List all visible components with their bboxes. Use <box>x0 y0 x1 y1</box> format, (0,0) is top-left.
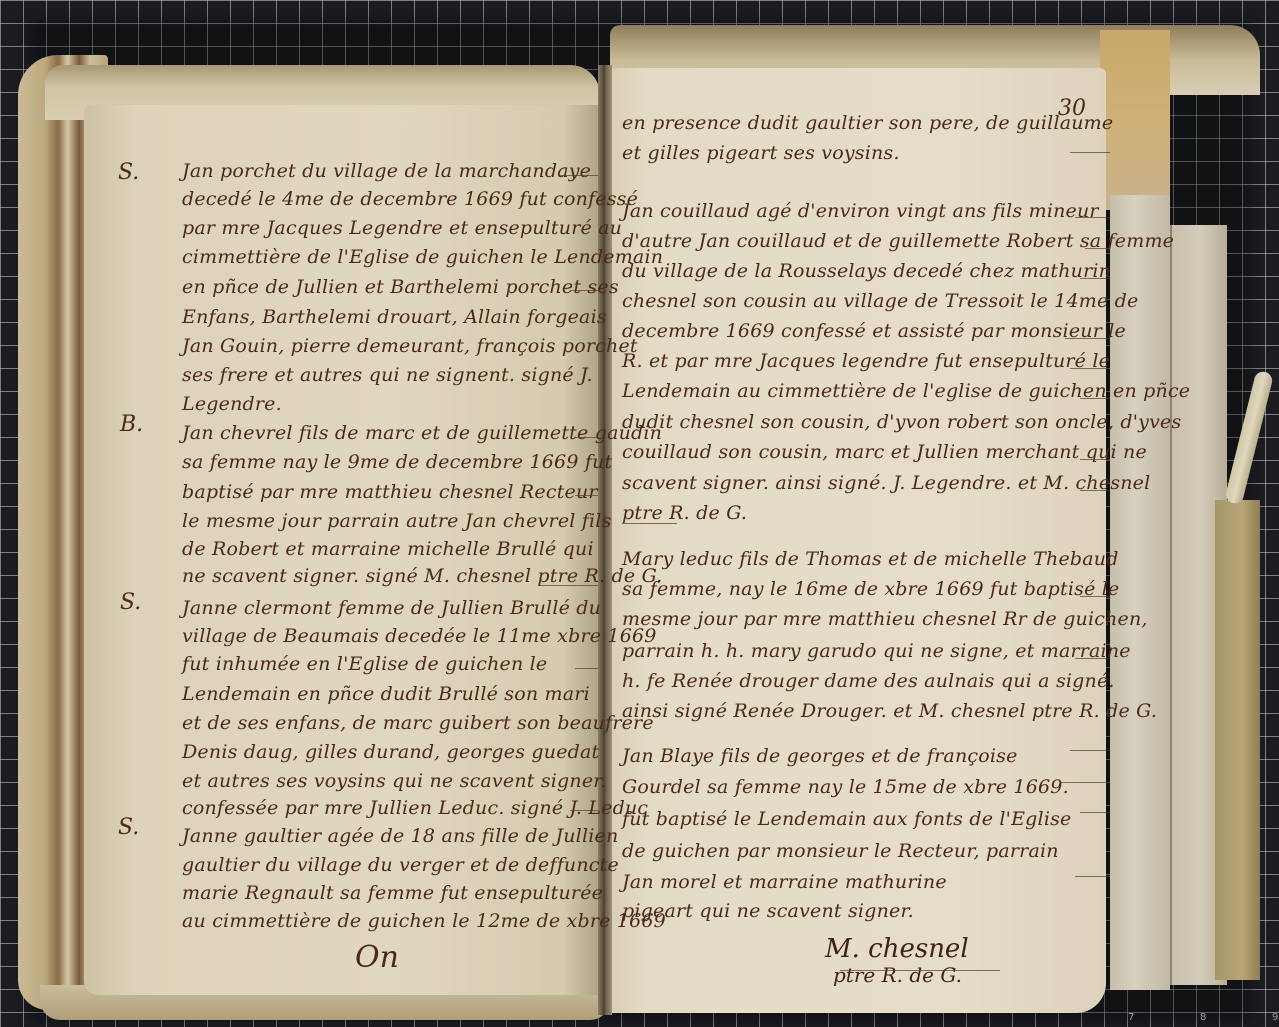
text-line: ses frere et autres qui ne signent. sign… <box>182 364 593 386</box>
line-filler-rule <box>1080 398 1110 399</box>
line-filler-rule <box>1070 750 1110 751</box>
text-line: Janne clermont femme de Jullien Brullé d… <box>182 597 601 619</box>
text-line: le mesme jour parrain autre Jan chevrel … <box>182 510 612 532</box>
line-filler-rule <box>575 495 598 496</box>
line-filler-rule <box>1075 876 1110 877</box>
margin-mark: B. <box>120 412 143 437</box>
text-line: dudit chesnel son cousin, d'yvon robert … <box>622 411 1181 433</box>
text-line: en presence dudit gaultier son pere, de … <box>622 112 1113 134</box>
text-line: mesme jour par mre matthieu chesnel Rr d… <box>622 608 1148 630</box>
text-line: Jan couillaud agé d'environ vingt ans fi… <box>622 200 1099 222</box>
text-line: et gilles pigeart ses voysins. <box>622 142 900 164</box>
signature-title: ptre R. de G. <box>833 964 969 986</box>
text-line: Lendemain en pñce dudit Brullé son mari <box>182 683 590 705</box>
line-filler-rule <box>1075 658 1110 659</box>
text-line: decedé le 4me de decembre 1669 fut confe… <box>182 188 638 210</box>
line-filler-rule <box>560 175 598 176</box>
text-line: sa femme, nay le 16me de xbre 1669 fut b… <box>622 578 1119 600</box>
text-line: marie Regnault sa femme fut ensepulturée <box>182 882 603 904</box>
line-filler-rule <box>570 290 598 291</box>
line-filler-rule <box>622 523 677 524</box>
ruler-label: 7 <box>1128 1012 1134 1023</box>
text-line: village de Beaumais decedée le 11me xbre… <box>182 625 657 647</box>
text-line: de Robert et marraine michelle Brullé qu… <box>182 538 594 560</box>
line-filler-rule <box>540 585 598 586</box>
signature-name: M. chesnel <box>825 935 969 964</box>
text-line: cimmettière de l'Eglise de guichen le Le… <box>182 246 663 268</box>
text-line: baptisé par mre matthieu chesnel Recteur <box>182 481 598 503</box>
text-line: Jan Blaye fils de georges et de françois… <box>622 745 1018 767</box>
text-line: parrain h. h. mary garudo qui ne signe, … <box>622 640 1131 662</box>
text-line: ainsi signé Renée Drouger. et M. chesnel… <box>622 700 1157 722</box>
line-filler-rule <box>1080 596 1110 597</box>
text-line: Legendre. <box>182 393 282 415</box>
line-filler-rule <box>1075 217 1110 218</box>
text-line: sa femme nay le 9me de decembre 1669 fut <box>182 451 612 473</box>
margin-mark: S. <box>118 160 139 185</box>
text-line: ne scavent signer. signé M. chesnel ptre… <box>182 565 663 587</box>
scanned-register-photo: 30 S. Jan porchet du village de la march… <box>0 0 1279 1027</box>
text-line: h. fe Renée drouger dame des aulnais qui… <box>622 670 1115 692</box>
line-filler-rule <box>1070 368 1110 369</box>
text-line: du village de la Rousselays decedé chez … <box>622 260 1111 282</box>
text-line: Gourdel sa femme nay le 15me de xbre 166… <box>622 776 1069 798</box>
closing-flourish: On <box>355 940 399 975</box>
signature-underline <box>840 970 1000 971</box>
text-line: pigeart qui ne scavent signer. <box>622 900 914 922</box>
text-line: de guichen par monsieur le Recteur, parr… <box>622 840 1059 862</box>
margin-mark: S. <box>120 590 141 615</box>
right-cover-layer <box>1215 500 1260 980</box>
line-filler-rule <box>1065 338 1110 339</box>
text-line: fut baptisé le Lendemain aux fonts de l'… <box>622 808 1071 830</box>
line-filler-rule <box>1080 490 1110 491</box>
text-line: au cimmettière de guichen le 12me de xbr… <box>182 910 666 932</box>
text-line: Jan Gouin, pierre demeurant, françois po… <box>182 335 638 357</box>
line-filler-rule <box>1085 248 1110 249</box>
text-line: ptre R. de G. <box>622 502 747 524</box>
ruler-label: 9 <box>1272 1012 1278 1023</box>
text-line: Jan chevrel fils de marc et de guillemet… <box>182 422 662 444</box>
text-line: scavent signer. ainsi signé. J. Legendre… <box>622 472 1150 494</box>
text-line: gaultier du village du verger et de deff… <box>182 854 619 876</box>
text-line: Jan morel et marraine mathurine <box>622 871 947 893</box>
text-line: Mary leduc fils de Thomas et de michelle… <box>622 548 1119 570</box>
line-filler-rule <box>1080 812 1110 813</box>
text-line: par mre Jacques Legendre et ensepulturé … <box>182 217 622 239</box>
line-filler-rule <box>1070 152 1110 153</box>
text-line: Denis daug, gilles durand, georges gueda… <box>182 741 599 763</box>
text-line: fut inhumée en l'Eglise de guichen le <box>182 653 547 675</box>
text-line: en pñce de Jullien et Barthelemi porchet… <box>182 276 619 298</box>
line-filler-rule <box>570 810 598 811</box>
text-line: confessée par mre Jullien Leduc. signé J… <box>182 797 648 819</box>
text-line: chesnel son cousin au village de Tressoi… <box>622 290 1138 312</box>
text-line: Enfans, Barthelemi drouart, Allain forge… <box>182 306 607 328</box>
priest-signature: M. chesnel ptre R. de G. <box>825 935 969 986</box>
text-line: Janne gaultier agée de 18 ans fille de J… <box>182 825 618 847</box>
text-line: decembre 1669 confessé et assisté par mo… <box>622 320 1126 342</box>
margin-mark: S. <box>118 815 139 840</box>
line-filler-rule <box>1060 782 1110 783</box>
line-filler-rule <box>1080 278 1110 279</box>
text-line: et autres ses voysins qui ne scavent sig… <box>182 770 607 792</box>
ruler-label: 8 <box>1200 1012 1206 1023</box>
text-line: Jan porchet du village de la marchandaye <box>182 160 591 182</box>
line-filler-rule <box>575 437 598 438</box>
text-line: couillaud son cousin, marc et Jullien me… <box>622 441 1147 463</box>
line-filler-rule <box>1080 459 1110 460</box>
line-filler-rule <box>575 668 598 669</box>
text-line: R. et par mre Jacques legendre fut ensep… <box>622 350 1110 372</box>
text-line: et de ses enfans, de marc guibert son be… <box>182 712 654 734</box>
